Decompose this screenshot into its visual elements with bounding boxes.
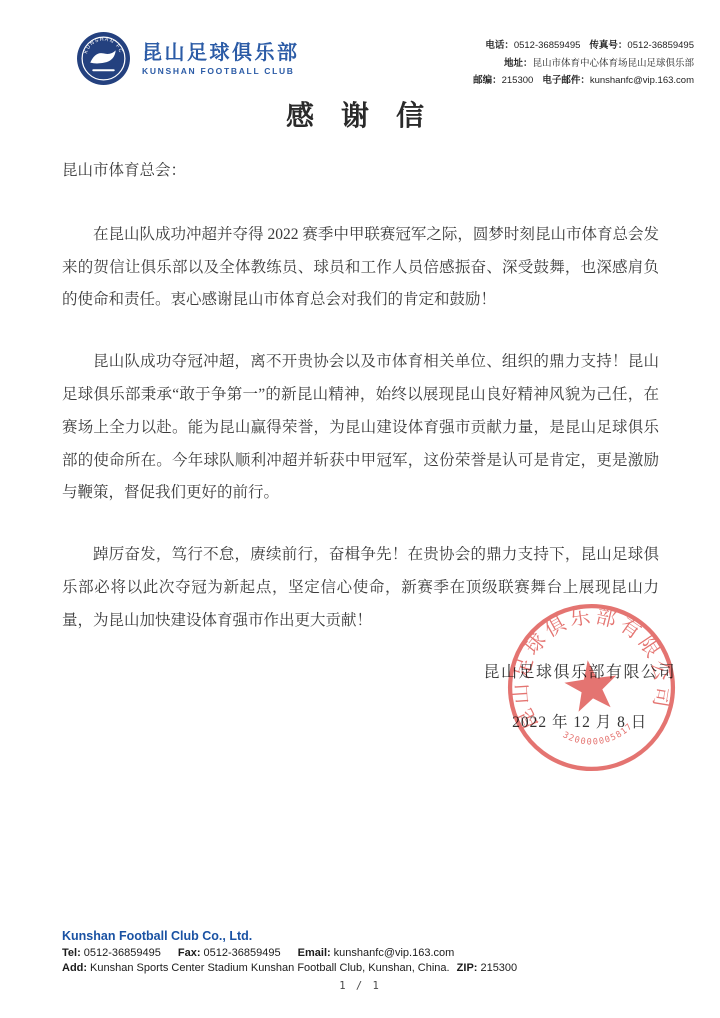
footer-email-label: Email: [298,947,331,959]
address-label: 地址： [504,58,533,69]
letterhead-brand: KUNSHAN FC 昆山足球俱乐部 KUNSHAN FOOTBALL CLUB [76,31,300,86]
salutation: 昆山市体育总会： [62,155,659,188]
zip-value: 215300 [502,75,534,86]
footer-fax-value: 0512-36859495 [204,947,281,959]
phone-label: 电话： [485,40,514,51]
zip-label: 邮编： [473,75,502,86]
footer-address: Add:Kunshan Sports Center Stadium Kunsha… [62,962,450,974]
footer-address-value: Kunshan Sports Center Stadium Kunshan Fo… [90,962,450,974]
footer-company: Kunshan Football Club Co., Ltd. [62,929,517,944]
footer-contact-row: Tel:0512-36859495 Fax:0512-36859495 Emai… [62,946,517,961]
club-name-en: KUNSHAN FOOTBALL CLUB [142,65,300,77]
footer-email-value: kunshanfc@vip.163.com [334,947,455,959]
paragraph-1: 在昆山队成功冲超并夺得 2022 赛季中甲联赛冠军之际，圆梦时刻昆山市体育总会发… [62,219,659,317]
footer-fax-label: Fax: [178,947,201,959]
phone-value: 0512-36859495 [514,40,581,51]
club-badge-icon: KUNSHAN FC [76,31,131,86]
letter-title: 感 谢 信 [0,94,720,134]
paragraph-2: 昆山队成功夺冠冲超，离不开贵协会以及市体育相关单位、组织的鼎力支持！昆山足球俱乐… [62,346,659,510]
footer-email: Email:kunshanfc@vip.163.com [298,947,455,959]
letter-footer: Kunshan Football Club Co., Ltd. Tel:0512… [62,929,517,975]
contact-phone-fax: 电话：0512-36859495传真号：0512-36859495 [473,37,694,55]
contact-address: 地址：昆山市体育中心体育场昆山足球俱乐部 [473,55,694,73]
letter-body: 昆山市体育总会： 在昆山队成功冲超并夺得 2022 赛季中甲联赛冠军之际，圆梦时… [62,155,659,667]
letterhead-contact: 电话：0512-36859495传真号：0512-36859495 地址：昆山市… [473,37,694,90]
paragraph-3: 踔厉奋发，笃行不怠，赓续前行，奋楫争先！在贵协会的鼎力支持下，昆山足球俱乐部必将… [62,539,659,637]
email-value: kunshanfc@vip.163.com [590,75,694,86]
signature-block: 昆山足球俱乐部有限公司 2022 年 12 月 8 日 [483,659,676,732]
club-name-cn: 昆山足球俱乐部 [142,41,300,65]
footer-tel-label: Tel: [62,947,81,959]
signature-company: 昆山足球俱乐部有限公司 [483,659,676,682]
footer-address-row: Add:Kunshan Sports Center Stadium Kunsha… [62,961,517,976]
fax-value: 0512-36859495 [627,40,694,51]
page-number: 1 / 1 [0,980,720,992]
letter-page: KUNSHAN FC 昆山足球俱乐部 KUNSHAN FOOTBALL CLUB… [0,0,720,1018]
footer-zip-label: ZIP: [457,962,478,974]
footer-fax: Fax:0512-36859495 [178,947,281,959]
contact-zip-email: 邮编：215300电子邮件：kunshanfc@vip.163.com [473,72,694,90]
signature-date: 2022 年 12 月 8 日 [483,710,676,732]
footer-zip-value: 215300 [480,962,517,974]
email-label: 电子邮件： [542,75,590,86]
footer-tel-value: 0512-36859495 [84,947,161,959]
footer-zip: ZIP:215300 [457,962,518,974]
footer-tel: Tel:0512-36859495 [62,947,161,959]
fax-label: 传真号： [589,40,627,51]
club-name: 昆山足球俱乐部 KUNSHAN FOOTBALL CLUB [142,41,300,77]
address-value: 昆山市体育中心体育场昆山足球俱乐部 [532,58,694,69]
footer-add-label: Add: [62,962,87,974]
